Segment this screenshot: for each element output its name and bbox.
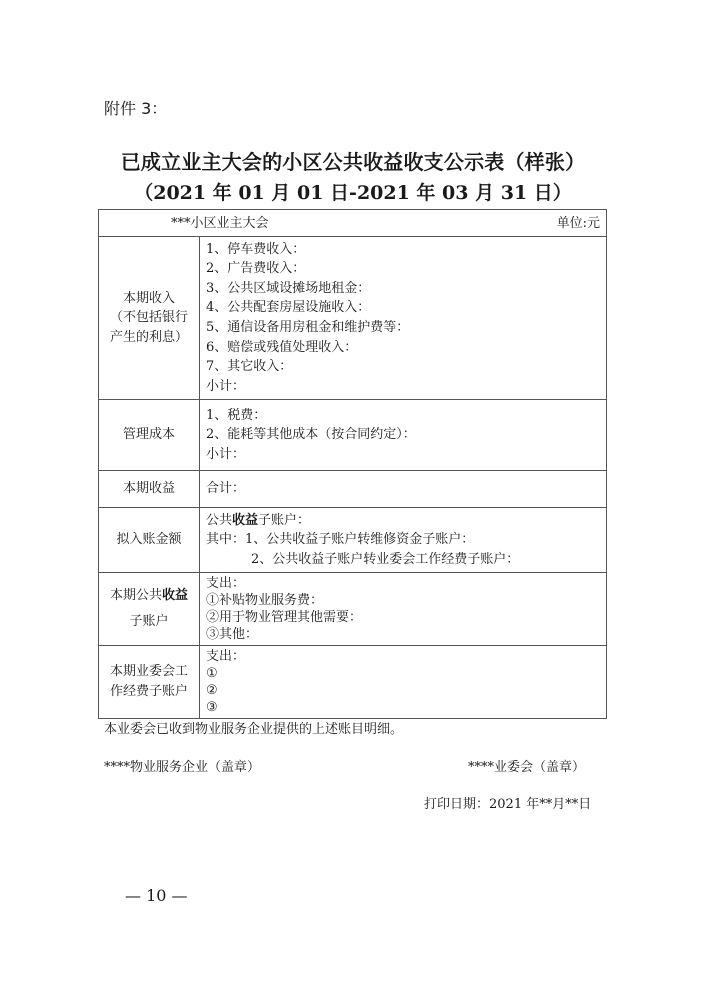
- net-income-total: 合计：: [206, 479, 606, 499]
- row-label-net-income: 本期收益: [99, 471, 200, 508]
- text-part: 本期公共: [110, 588, 162, 603]
- income-expense-table: ***小区业主大会 单位:元 本期收入 （不包括银行 产生的利息） 1、停车费收…: [98, 209, 607, 719]
- text-part: 公共: [206, 513, 232, 528]
- label-line: 子账户: [99, 609, 199, 635]
- label-line: 管理成本: [99, 425, 199, 445]
- expense-item-3: ③: [206, 699, 606, 716]
- table-row-committee-fund-subaccount: 本期业委会工 作经费子账户 支出： ① ② ③: [99, 646, 607, 719]
- table-row-public-revenue-subaccount: 本期公共收益 子账户 支出： ①补贴物业服务费： ②用于物业管理其他需要： ③其…: [99, 573, 607, 646]
- income-item-parking: 1、停车费收入：: [206, 240, 606, 260]
- expense-item-other-management: ②用于物业管理其他需要：: [206, 609, 606, 626]
- income-item-ads: 2、广告费收入：: [206, 259, 606, 279]
- table-header-cell: ***小区业主大会 单位:元: [99, 210, 607, 237]
- row-content-management-cost: 1、税费： 2、能耗等其他成本（按合同约定）： 小计：: [200, 400, 607, 471]
- income-item-telecom: 5、通信设备用房租金和维护费等：: [206, 318, 606, 338]
- date-range-subtitle: （2021 年 01 月 01 日-2021 年 03 月 31 日）: [0, 178, 706, 205]
- bold-text-part: 收益: [162, 588, 188, 603]
- cost-item-tax: 1、税费：: [206, 406, 606, 426]
- expense-heading: 支出：: [206, 575, 606, 592]
- transfer-to-maintenance-fund: 其中：1、公共收益子账户转维修资金子账户：: [206, 530, 606, 550]
- attachment-label: 附件 3：: [104, 96, 167, 119]
- label-line: 产生的利息）: [99, 328, 199, 348]
- table-header-row: ***小区业主大会 单位:元: [99, 210, 607, 237]
- table-row-management-cost: 管理成本 1、税费： 2、能耗等其他成本（按合同约定）： 小计：: [99, 400, 607, 471]
- label-line: （不包括银行: [99, 308, 199, 328]
- page-number: — 10 —: [125, 886, 188, 905]
- bold-text-part: 收益: [232, 513, 258, 528]
- income-item-other: 7、其它收入：: [206, 357, 606, 377]
- text-part: 子账户：: [258, 513, 310, 528]
- row-label-management-cost: 管理成本: [99, 400, 200, 471]
- table-row-amount-to-book: 拟入账金额 公共收益子账户： 其中：1、公共收益子账户转维修资金子账户： 2、公…: [99, 508, 607, 573]
- label-line: 本期收入: [99, 289, 199, 309]
- public-revenue-subaccount: 公共收益子账户：: [206, 511, 606, 531]
- row-label-amount-to-book: 拟入账金额: [99, 508, 200, 573]
- expense-item-2: ②: [206, 682, 606, 699]
- unit-label: 单位:元: [557, 214, 600, 233]
- row-label-committee-fund-subaccount: 本期业委会工 作经费子账户: [99, 646, 200, 719]
- expense-item-other: ③其他：: [206, 626, 606, 643]
- row-content-net-income: 合计：: [200, 471, 607, 508]
- label-line: 本期收益: [99, 479, 199, 499]
- row-label-public-revenue-subaccount: 本期公共收益 子账户: [99, 573, 200, 646]
- row-content-income: 1、停车费收入： 2、广告费收入： 3、公共区域设摊场地租金： 4、公共配套房屋…: [200, 237, 607, 400]
- transfer-to-committee-fund: 2、公共收益子账户转业委会工作经费子账户：: [206, 550, 606, 570]
- cost-subtotal: 小计：: [206, 445, 606, 465]
- row-content-committee-fund-subaccount: 支出： ① ② ③: [200, 646, 607, 719]
- income-item-compensation: 6、赔偿或残值处理收入：: [206, 338, 606, 358]
- label-line: 作经费子账户: [99, 682, 199, 702]
- table-row-income: 本期收入 （不包括银行 产生的利息） 1、停车费收入： 2、广告费收入： 3、公…: [99, 237, 607, 400]
- property-company-seal: ****物业服务企业（盖章）: [104, 756, 260, 775]
- committee-seal: ****业委会（盖章）: [468, 756, 585, 775]
- income-item-facilities: 4、公共配套房屋设施收入：: [206, 298, 606, 318]
- income-item-stall-rent: 3、公共区域设摊场地租金：: [206, 279, 606, 299]
- row-content-amount-to-book: 公共收益子账户： 其中：1、公共收益子账户转维修资金子账户： 2、公共收益子账户…: [200, 508, 607, 573]
- row-label-income: 本期收入 （不包括银行 产生的利息）: [99, 237, 200, 400]
- income-subtotal: 小计：: [206, 377, 606, 397]
- table-row-net-income: 本期收益 合计：: [99, 471, 607, 508]
- print-date: 打印日期：2021 年**月**日: [424, 793, 591, 812]
- expense-item-service-fee-subsidy: ①补贴物业服务费：: [206, 592, 606, 609]
- row-content-public-revenue-subaccount: 支出： ①补贴物业服务费： ②用于物业管理其他需要： ③其他：: [200, 573, 607, 646]
- label-line: 本期公共收益: [99, 583, 199, 609]
- document-title: 已成立业主大会的小区公共收益收支公示表（样张）: [0, 146, 706, 175]
- expense-heading: 支出：: [206, 648, 606, 665]
- org-name: ***小区业主大会: [171, 214, 269, 233]
- cost-item-energy: 2、能耗等其他成本（按合同约定）：: [206, 425, 606, 445]
- label-line: 拟入账金额: [99, 530, 199, 550]
- label-line: 本期业委会工: [99, 662, 199, 682]
- expense-item-1: ①: [206, 665, 606, 682]
- receipt-note: 本业委会已收到物业服务企业提供的上述账目明细。: [104, 718, 403, 737]
